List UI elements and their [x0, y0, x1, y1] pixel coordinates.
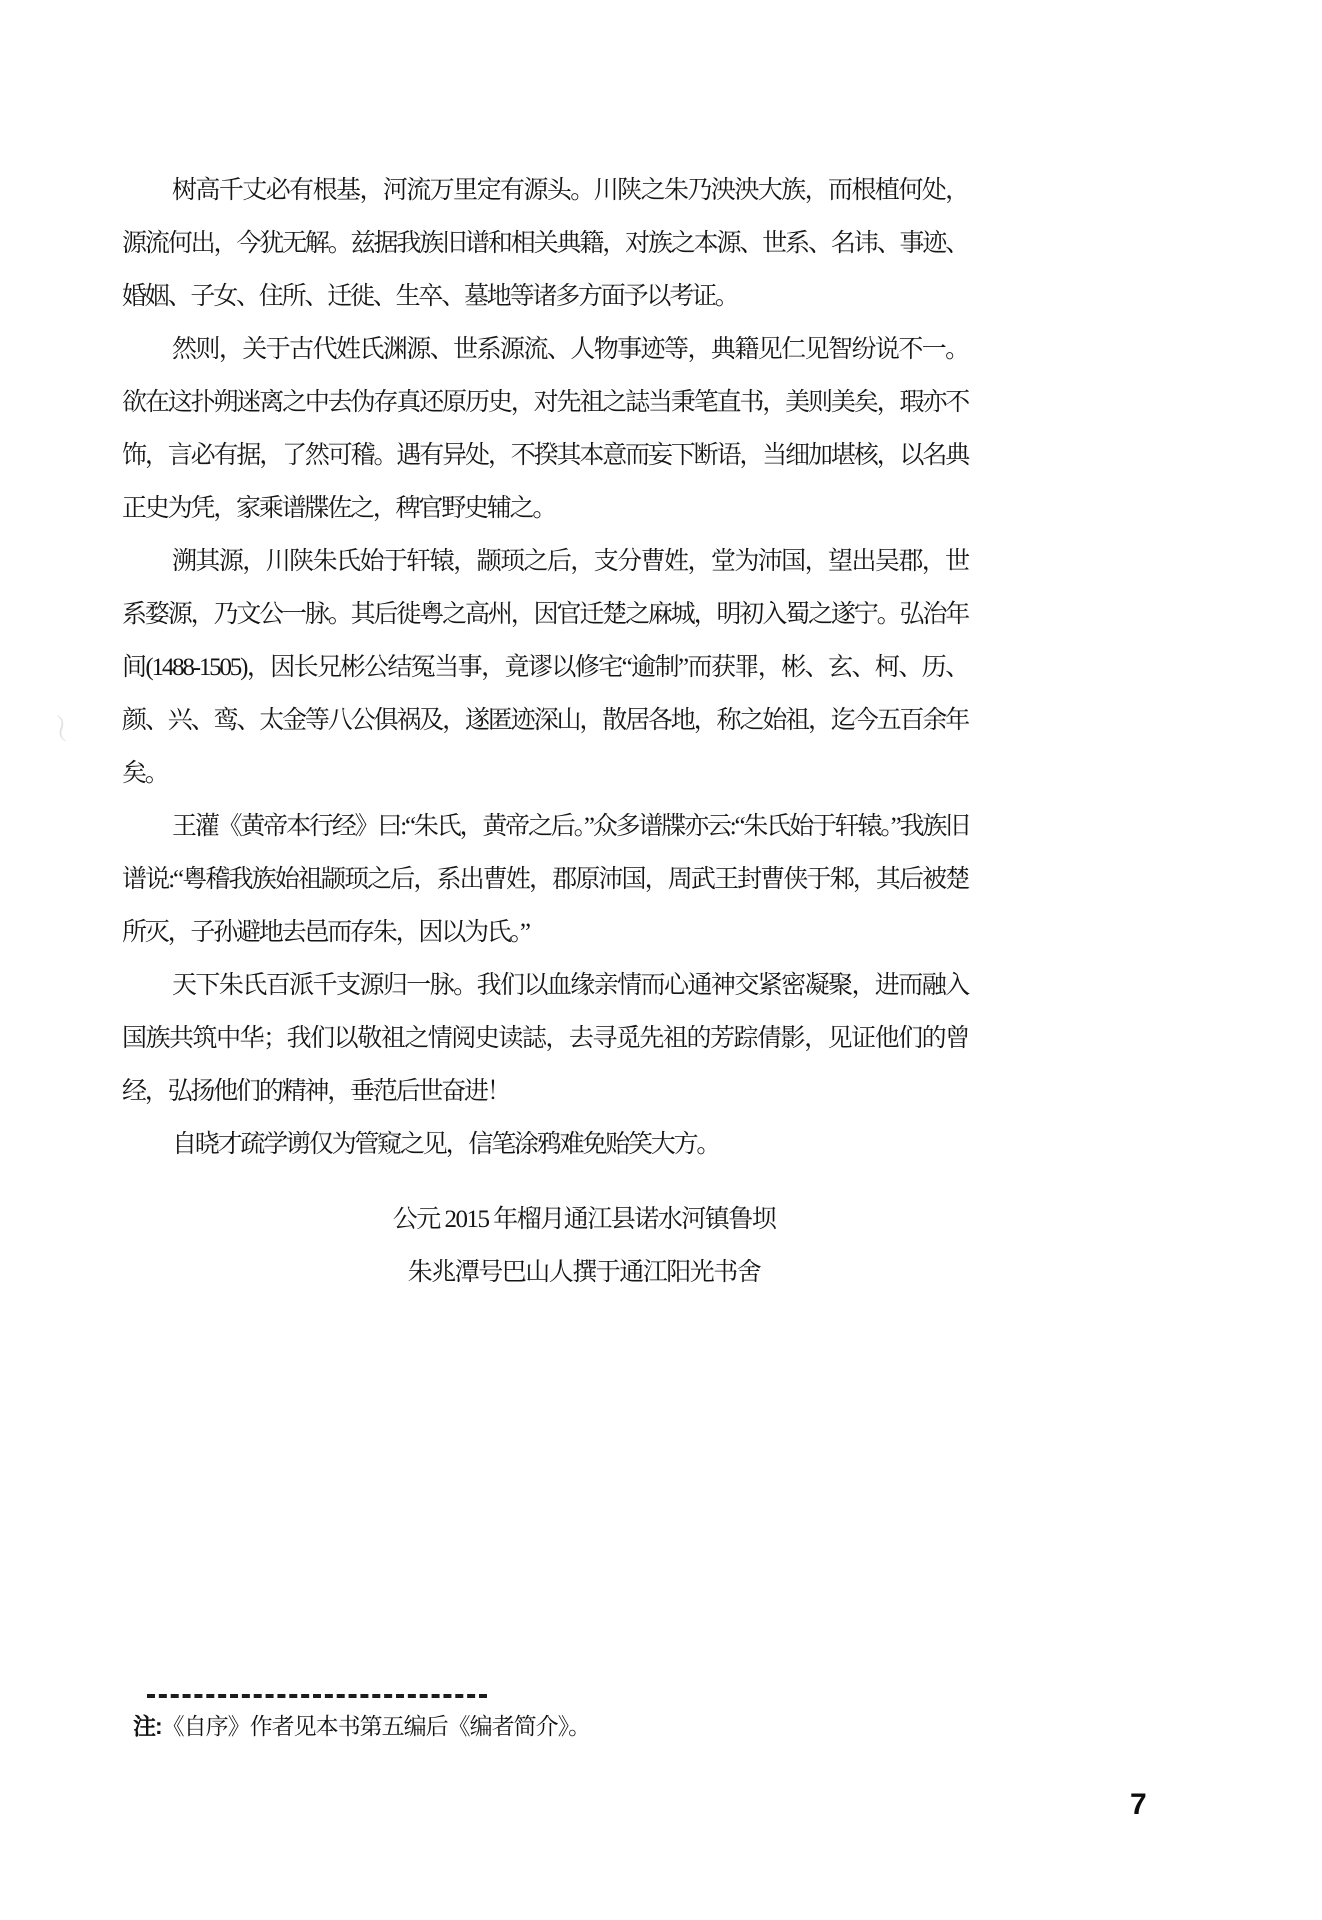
footnote-text: 《自序》作者见本书第五编后《编者简介》。 [162, 1713, 591, 1739]
paragraph-1: 树高千丈必有根基，河流万里定有源头。川陕之朱乃泱泱大族，而根植何处，源流何出，今… [122, 164, 968, 323]
paragraph-4: 王灌《黄帝本行经》曰:“朱氏，黄帝之后。”众多谱牒亦云:“朱氏始于轩辕。”我族旧… [122, 800, 968, 959]
page-number: 7 [1130, 1788, 1147, 1822]
footnote-label: 注: [133, 1713, 162, 1739]
paragraph-3: 溯其源，川陕朱氏始于轩辕，颛顼之后，支分曹姓，堂为沛国，望出吴郡，世系婺源，乃文… [122, 535, 968, 800]
signature-block: 公元 2015 年榴月通江县诺水河镇鲁坝 朱兆潭号巴山人撰于通江阳光书舍 [122, 1193, 968, 1299]
footnote-divider [147, 1694, 487, 1698]
scan-artifact-mark: 〜 [38, 709, 87, 747]
footnote: 注:《自序》作者见本书第五编后《编者简介》。 [133, 1708, 590, 1741]
paragraph-2: 然则，关于古代姓氏渊源、世系源流、人物事迹等，典籍见仁见智纷说不一。欲在这扑朔迷… [122, 323, 968, 535]
document-page: 〜 树高千丈必有根基，河流万里定有源头。川陕之朱乃泱泱大族，而根植何处，源流何出… [0, 0, 1322, 1920]
paragraph-5: 天下朱氏百派千支源归一脉。我们以血缘亲情而心通神交紧密凝聚，进而融入国族共筑中华… [122, 959, 968, 1118]
paragraph-6: 自晓才疏学谫仅为管窥之见，信笔涂鸦难免贻笑大方。 [122, 1118, 968, 1171]
preface-body: 树高千丈必有根基，河流万里定有源头。川陕之朱乃泱泱大族，而根植何处，源流何出，今… [122, 164, 968, 1299]
signature-author: 朱兆潭号巴山人撰于通江阳光书舍 [200, 1246, 968, 1299]
signature-date-place: 公元 2015 年榴月通江县诺水河镇鲁坝 [200, 1193, 968, 1246]
